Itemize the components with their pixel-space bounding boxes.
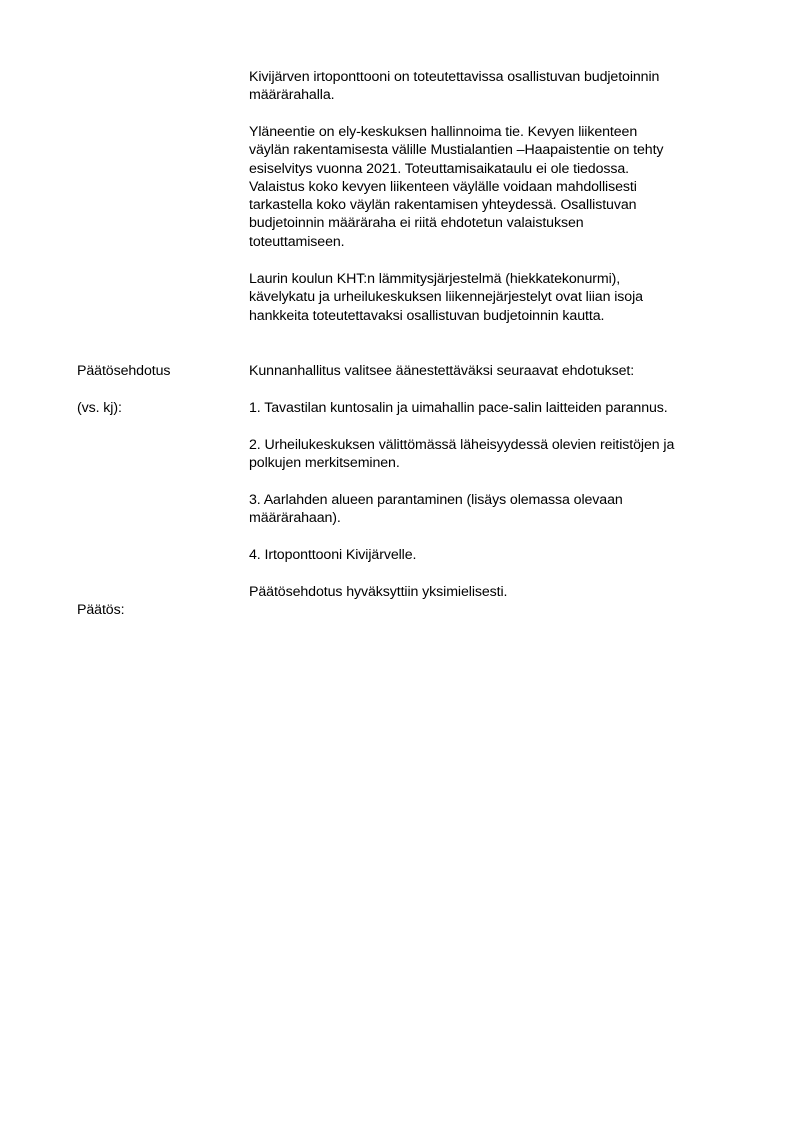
proposal-label-line1: Päätösehdotus — [77, 362, 237, 380]
text-line: 3. Aarlahden alueen parantaminen (lisäys… — [249, 491, 749, 509]
text-line: 4. Irtoponttooni Kivijärvelle. — [249, 546, 749, 564]
text-line: Yläneentie on ely-keskuksen hallinnoima … — [249, 123, 749, 141]
text-line: polkujen merkitseminen. — [249, 454, 749, 472]
text-line: kävelykatu ja urheilukeskuksen liikennej… — [249, 288, 749, 306]
proposal-intro: Kunnanhallitus valitsee äänestettäväksi … — [249, 362, 749, 380]
text-line: hankkeita toteutettavaksi osallistuvan b… — [249, 307, 749, 325]
text-line: Kivijärven irtoponttooni on toteutettavi… — [249, 68, 749, 86]
text-line: toteuttamiseen. — [249, 233, 749, 251]
decision-label: Päätös: — [77, 601, 237, 619]
text-line: määrärahalla. — [249, 86, 749, 104]
proposal-label-line2: (vs. kj): — [77, 399, 237, 417]
proposal-label: Päätösehdotus (vs. kj): — [77, 344, 237, 435]
text-line: budjetoinnin määräraha ei riitä ehdotetu… — [249, 214, 749, 232]
text-line: väylän rakentamisesta välille Mustialant… — [249, 141, 749, 159]
text-line: 2. Urheilukeskuksen välittömässä läheisy… — [249, 436, 749, 454]
text-line: Laurin koulun KHT:n lämmitysjärjestelmä … — [249, 270, 749, 288]
document-page: Kivijärven irtoponttooni on toteutettavi… — [0, 0, 794, 1122]
decision-text: Päätösehdotus hyväksyttiin yksimielisest… — [249, 583, 749, 601]
text-line: tarkastella koko väylän rakentamisen yht… — [249, 196, 749, 214]
text-line: esiselvitys vuonna 2021. Toteuttamisaika… — [249, 160, 749, 178]
text-line: Valaistus koko kevyen liikenteen väyläll… — [249, 178, 749, 196]
text-line: määrärahaan). — [249, 509, 749, 527]
text-line: 1. Tavastilan kuntosalin ja uimahallin p… — [249, 399, 749, 417]
